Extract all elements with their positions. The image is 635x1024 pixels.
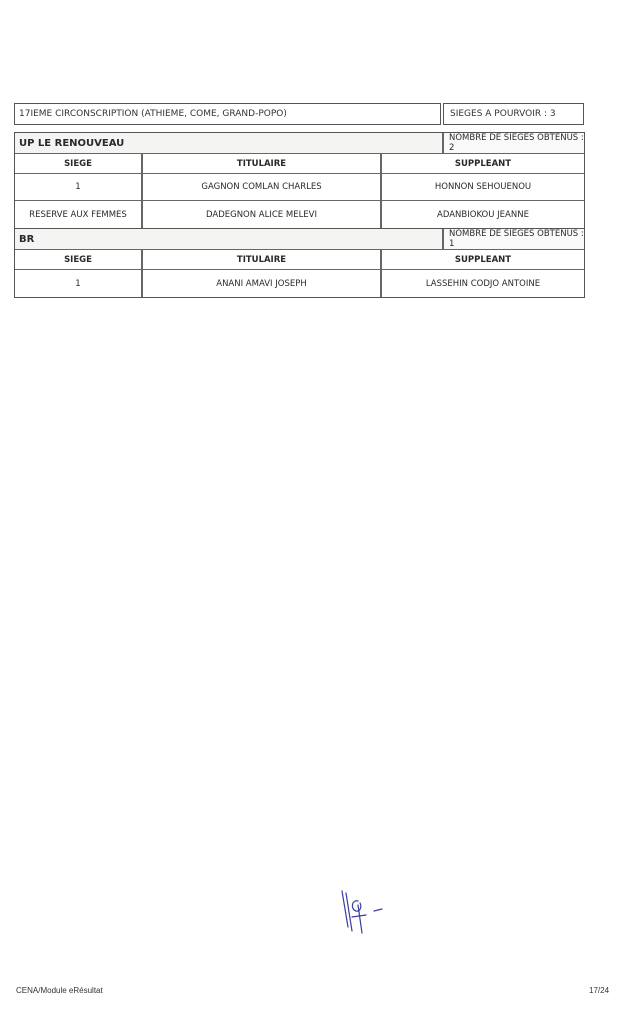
divider <box>141 154 143 229</box>
column-header-siege: SIEGE <box>15 154 141 173</box>
party-name: BR <box>15 229 442 249</box>
row-titulaire: GAGNON COMLAN CHARLES <box>143 174 380 200</box>
row-titulaire: ANANI AMAVI JOSEPH <box>143 270 380 297</box>
footer-source: CENA/Module eRésultat <box>16 986 103 995</box>
row-titulaire: DADEGNON ALICE MELEVI <box>143 201 380 229</box>
row-suppleant: LASSEHIN CODJO ANTOINE <box>382 270 584 297</box>
row-siege: RESERVE AUX FEMMES <box>15 201 141 229</box>
party-seats-obtained: NOMBRE DE SIEGES OBTENUS : 1 <box>444 229 584 249</box>
seats-to-fill: SIEGES A POURVOIR : 3 <box>443 103 584 125</box>
row-siege: 1 <box>15 174 141 200</box>
row-suppleant: ADANBIOKOU JEANNE <box>382 201 584 229</box>
divider <box>380 154 382 229</box>
column-header-titulaire: TITULAIRE <box>143 154 380 173</box>
column-header-titulaire: TITULAIRE <box>143 250 380 269</box>
column-header-suppleant: SUPPLEANT <box>382 154 584 173</box>
party-seats-obtained: NOMBRE DE SIEGES OBTENUS : 2 <box>444 133 584 153</box>
divider <box>141 250 143 297</box>
page-number: 17/24 <box>589 986 609 995</box>
row-suppleant: HONNON SEHOUENOU <box>382 174 584 200</box>
column-header-siege: SIEGE <box>15 250 141 269</box>
party-name: UP LE RENOUVEAU <box>15 133 442 153</box>
row-siege: 1 <box>15 270 141 297</box>
column-header-suppleant: SUPPLEANT <box>382 250 584 269</box>
circonscription-title: 17IEME CIRCONSCRIPTION (ATHIEME, COME, G… <box>14 103 441 125</box>
signature-mark <box>336 887 396 937</box>
divider <box>380 250 382 297</box>
